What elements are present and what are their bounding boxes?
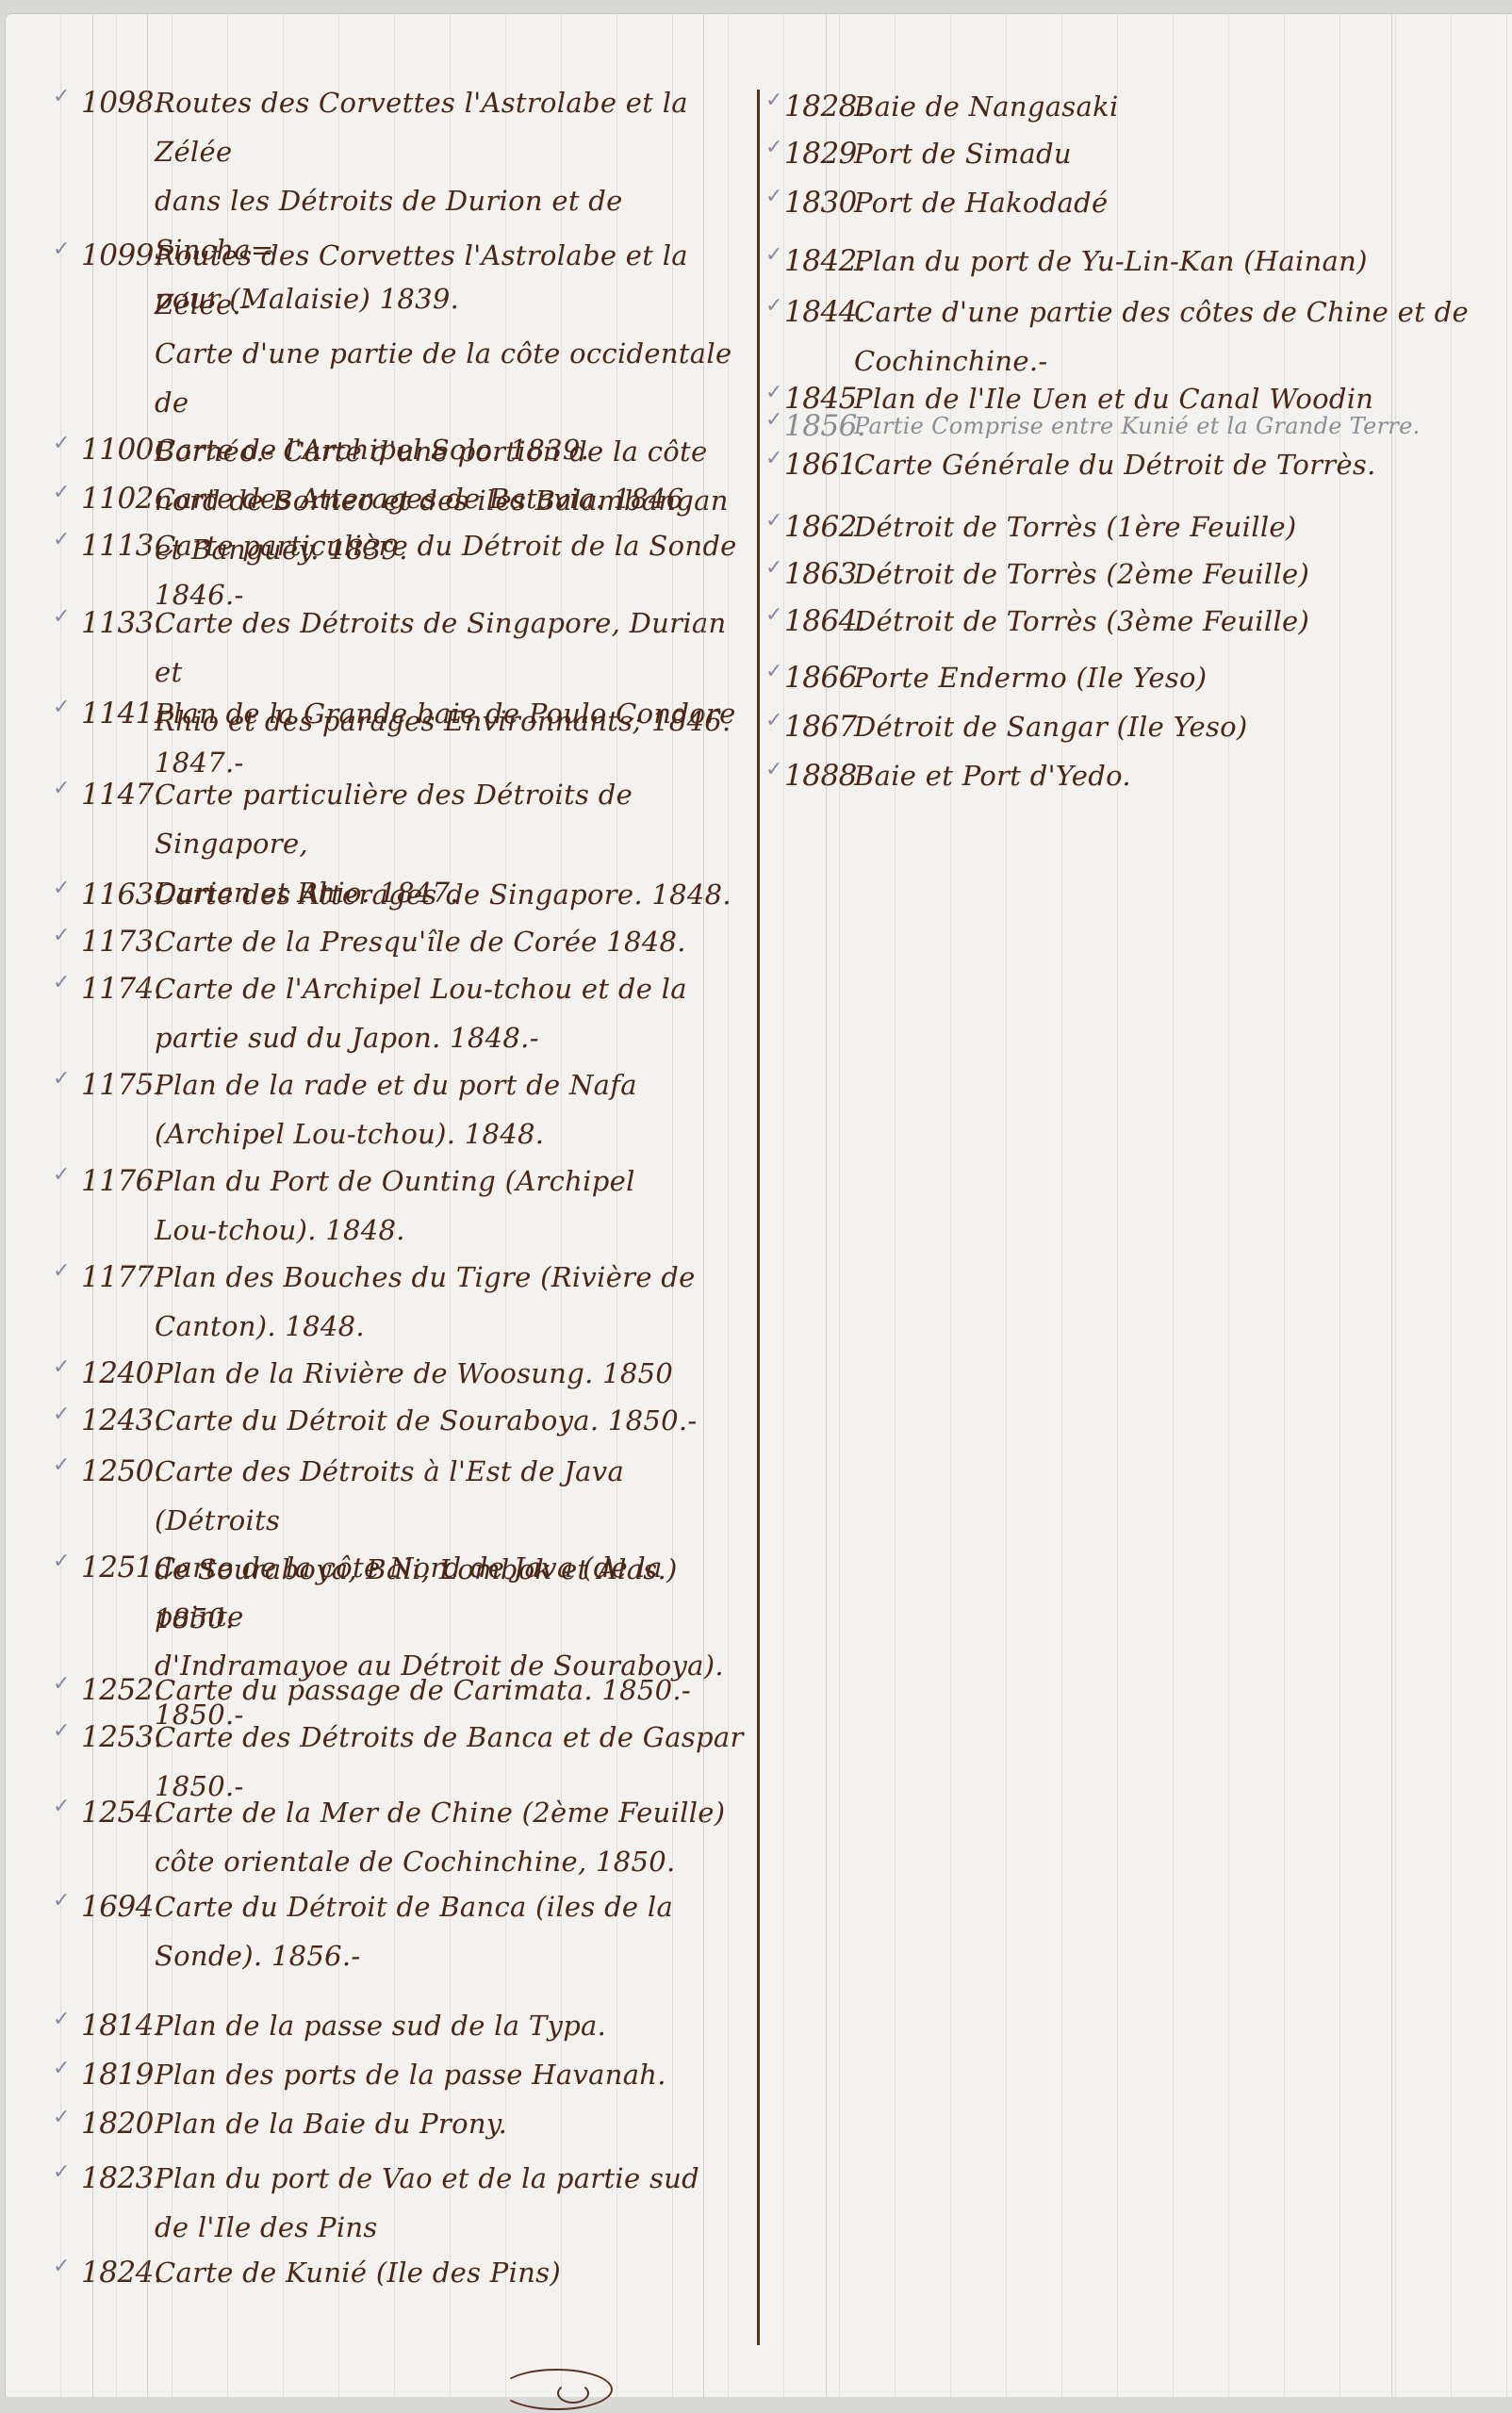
check-mark-icon: ✓: [765, 497, 783, 546]
catalog-entry: ✓1828.Baie de Nangasaki: [760, 82, 1504, 131]
catalog-entry: ✓1823.Plan du port de Vao et de la parti…: [6, 2154, 750, 2252]
catalog-entry: ✓1820Plan de la Baie du Prony.: [6, 2099, 750, 2148]
entry-title: Carte des Atterages de Singapore. 1848.: [155, 870, 750, 919]
check-mark-icon: ✓: [53, 764, 71, 813]
end-flourish: [501, 2369, 613, 2410]
entry-title: Carte de l'Archipel Solo. 1839.: [155, 425, 750, 474]
check-mark-icon: ✓: [53, 1390, 71, 1439]
check-mark-icon: ✓: [765, 123, 783, 172]
check-mark-icon: ✓: [53, 1877, 71, 1926]
check-mark-icon: ✓: [765, 648, 783, 697]
entry-number: 1863: [784, 550, 857, 599]
entry-title: Plan de la passe sud de la Typa.: [155, 2001, 750, 2050]
entry-title: Carte des Atterages de Batavia. 1846.: [155, 474, 750, 523]
entry-title: Baie de Nangasaki: [854, 82, 1504, 131]
catalog-entry: ✓1163.Carte des Atterages de Singapore. …: [6, 870, 750, 919]
check-mark-icon: ✓: [53, 1707, 71, 1756]
entry-title: Plan de la rade et du port de Nafa (Arch…: [155, 1060, 750, 1158]
entry-title: Carte de la Mer de Chine (2ème Feuille) …: [155, 1788, 750, 1886]
entry-title: Partie Comprise entre Kunié et la Grande…: [854, 412, 1504, 440]
entry-title: Plan du Port de Ounting (Archipel Lou-tc…: [155, 1157, 750, 1255]
catalog-entry: ✓1177.Plan des Bouches du Tigre (Rivière…: [6, 1253, 750, 1351]
catalog-entry: ✓1862Détroit de Torrès (1ère Feuille): [760, 502, 1504, 551]
catalog-entry: ✓1861.Carte Générale du Détroit de Torrè…: [760, 440, 1504, 489]
check-mark-icon: ✓: [53, 911, 71, 960]
catalog-entry: ✓1174.Carte de l'Archipel Lou-tchou et d…: [6, 964, 750, 1062]
manuscript-page: ✓1098.Routes des Corvettes l'Astrolabe e…: [6, 14, 1512, 2397]
check-mark-icon: ✓: [53, 1995, 71, 2044]
catalog-entry: ✓1240.Plan de la Rivière de Woosung. 185…: [6, 1349, 750, 1398]
check-mark-icon: ✓: [53, 1151, 71, 1200]
catalog-entry: ✓1866Porte Endermo (Ile Yeso): [760, 653, 1504, 702]
entry-title: Détroit de Torrès (3ème Feuille): [854, 597, 1504, 646]
entry-title: Carte du passage de Carimata. 1850.-: [155, 1666, 750, 1715]
check-mark-icon: ✓: [53, 2148, 71, 2197]
catalog-entry: ✓1175.Plan de la rade et du port de Nafa…: [6, 1060, 750, 1158]
check-mark-icon: ✓: [53, 683, 71, 732]
check-mark-icon: ✓: [53, 1343, 71, 1392]
entry-title: Baie et Port d'Yedo.: [854, 751, 1504, 800]
catalog-entry: ✓1254.Carte de la Mer de Chine (2ème Feu…: [6, 1788, 750, 1886]
catalog-entry: ✓1842.Plan du port de Yu-Lin-Kan (Hainan…: [760, 237, 1504, 286]
check-mark-icon: ✓: [765, 406, 783, 435]
entry-title: Détroit de Sangar (Ile Yeso): [854, 702, 1504, 751]
check-mark-icon: ✓: [765, 697, 783, 746]
check-mark-icon: ✓: [53, 2093, 71, 2142]
entry-title: Plan de la Rivière de Woosung. 1850: [155, 1349, 750, 1398]
catalog-entry: ✓1814.Plan de la passe sud de la Typa.: [6, 2001, 750, 2050]
check-mark-icon: ✓: [53, 516, 71, 565]
catalog-entry: ✓1173.Carte de la Presqu'île de Corée 18…: [6, 917, 750, 966]
entry-number: 1829: [784, 129, 857, 178]
entry-title: Carte de l'Archipel Lou-tchou et de la p…: [155, 964, 750, 1062]
ruling-line: [826, 14, 827, 2397]
check-mark-icon: ✓: [53, 1537, 71, 1586]
catalog-entry: ✓1098.Routes des Corvettes l'Astrolabe e…: [6, 78, 750, 225]
entry-title: Carte d'une partie des côtes de Chine et…: [854, 287, 1504, 386]
check-mark-icon: ✓: [53, 225, 71, 274]
catalog-entry: ✓1243.Carte du Détroit de Souraboya. 185…: [6, 1396, 750, 1445]
check-mark-icon: ✓: [53, 1782, 71, 1831]
entry-title: Carte de Kunié (Ile des Pins): [155, 2248, 750, 2297]
entry-title: Carte de la Presqu'île de Corée 1848.: [155, 917, 750, 966]
catalog-entry: ✓1694Carte du Détroit de Banca (iles de …: [6, 1882, 750, 1980]
catalog-entry: ✓1100.Carte de l'Archipel Solo. 1839.: [6, 425, 750, 474]
entry-title: Carte Générale du Détroit de Torrès.: [854, 440, 1504, 489]
catalog-entry: ✓1864.Détroit de Torrès (3ème Feuille): [760, 597, 1504, 646]
check-mark-icon: ✓: [53, 1660, 71, 1709]
catalog-entry: ✓1252.Carte du passage de Carimata. 1850…: [6, 1666, 750, 1715]
entry-title: Porte Endermo (Ile Yeso): [854, 653, 1504, 702]
catalog-entry: ✓1863Détroit de Torrès (2ème Feuille): [760, 550, 1504, 599]
check-mark-icon: ✓: [765, 435, 783, 484]
catalog-entry: ✓1147.Carte particulière des Détroits de…: [6, 770, 750, 868]
entry-title: Port de Simadu: [854, 129, 1504, 178]
check-mark-icon: ✓: [53, 73, 71, 122]
entry-title: Port de Hakodadé: [854, 178, 1504, 227]
entry-title: Plan des Bouches du Tigre (Rivière de Ca…: [155, 1253, 750, 1351]
entry-number: 1862: [784, 502, 857, 551]
entry-title: Plan du port de Vao et de la partie sud …: [155, 2154, 750, 2252]
catalog-entry: ✓1867Détroit de Sangar (Ile Yeso): [760, 702, 1504, 751]
catalog-entry: ✓1888Baie et Port d'Yedo.: [760, 751, 1504, 800]
ruling-line: [703, 14, 704, 2397]
catalog-entry: ✓1102.Carte des Atterages de Batavia. 18…: [6, 474, 750, 523]
catalog-entry: ✓1824.Carte de Kunié (Ile des Pins): [6, 2248, 750, 2297]
check-mark-icon: ✓: [765, 231, 783, 280]
check-mark-icon: ✓: [765, 282, 783, 331]
entry-number: 1830: [784, 178, 857, 227]
catalog-entry: ✓1830Port de Hakodadé: [760, 178, 1504, 227]
entry-title: Plan de la Baie du Prony.: [155, 2099, 750, 2148]
entry-title: Détroit de Torrès (1ère Feuille): [854, 502, 1504, 551]
catalog-entry: ✓1844.Carte d'une partie des côtes de Ch…: [760, 287, 1504, 386]
check-mark-icon: ✓: [53, 1055, 71, 1104]
entry-number: 1888: [784, 751, 857, 800]
entry-title: Carte du Détroit de Souraboya. 1850.-: [155, 1396, 750, 1445]
check-mark-icon: ✓: [53, 1247, 71, 1296]
check-mark-icon: ✓: [53, 468, 71, 517]
check-mark-icon: ✓: [765, 591, 783, 640]
catalog-entry: ✓1829Port de Simadu: [760, 129, 1504, 178]
catalog-entry: ✓1133.Carte des Détroits de Singapore, D…: [6, 599, 750, 697]
entry-title: Carte du Détroit de Banca (iles de la So…: [155, 1882, 750, 1980]
check-mark-icon: ✓: [765, 544, 783, 593]
entry-title: Plan du port de Yu-Lin-Kan (Hainan): [854, 237, 1504, 286]
check-mark-icon: ✓: [53, 1441, 71, 1490]
check-mark-icon: ✓: [765, 172, 783, 222]
check-mark-icon: ✓: [53, 2242, 71, 2291]
end-flourish-curl: [557, 2383, 589, 2404]
entry-title: Détroit de Torrès (2ème Feuille): [854, 550, 1504, 599]
catalog-entry: ✓1856.Partie Comprise entre Kunié et la …: [760, 412, 1504, 440]
ruling-line: [147, 14, 148, 2397]
catalog-entry: ✓1176.Plan du Port de Ounting (Archipel …: [6, 1157, 750, 1255]
catalog-entry: ✓1819Plan des ports de la passe Havanah.: [6, 2050, 750, 2099]
check-mark-icon: ✓: [53, 2044, 71, 2093]
check-mark-icon: ✓: [53, 959, 71, 1008]
check-mark-icon: ✓: [765, 76, 783, 125]
ruling-line: [92, 14, 93, 2397]
entry-number: 1867: [784, 702, 857, 751]
check-mark-icon: ✓: [53, 593, 71, 642]
check-mark-icon: ✓: [53, 864, 71, 913]
catalog-entry: ✓1250.Carte des Détroits à l'Est de Java…: [6, 1447, 750, 1545]
ruling-line: [1391, 14, 1392, 2397]
entry-title: Plan des ports de la passe Havanah.: [155, 2050, 750, 2099]
check-mark-icon: ✓: [53, 419, 71, 468]
entry-number: 1866: [784, 653, 857, 702]
check-mark-icon: ✓: [765, 746, 783, 795]
